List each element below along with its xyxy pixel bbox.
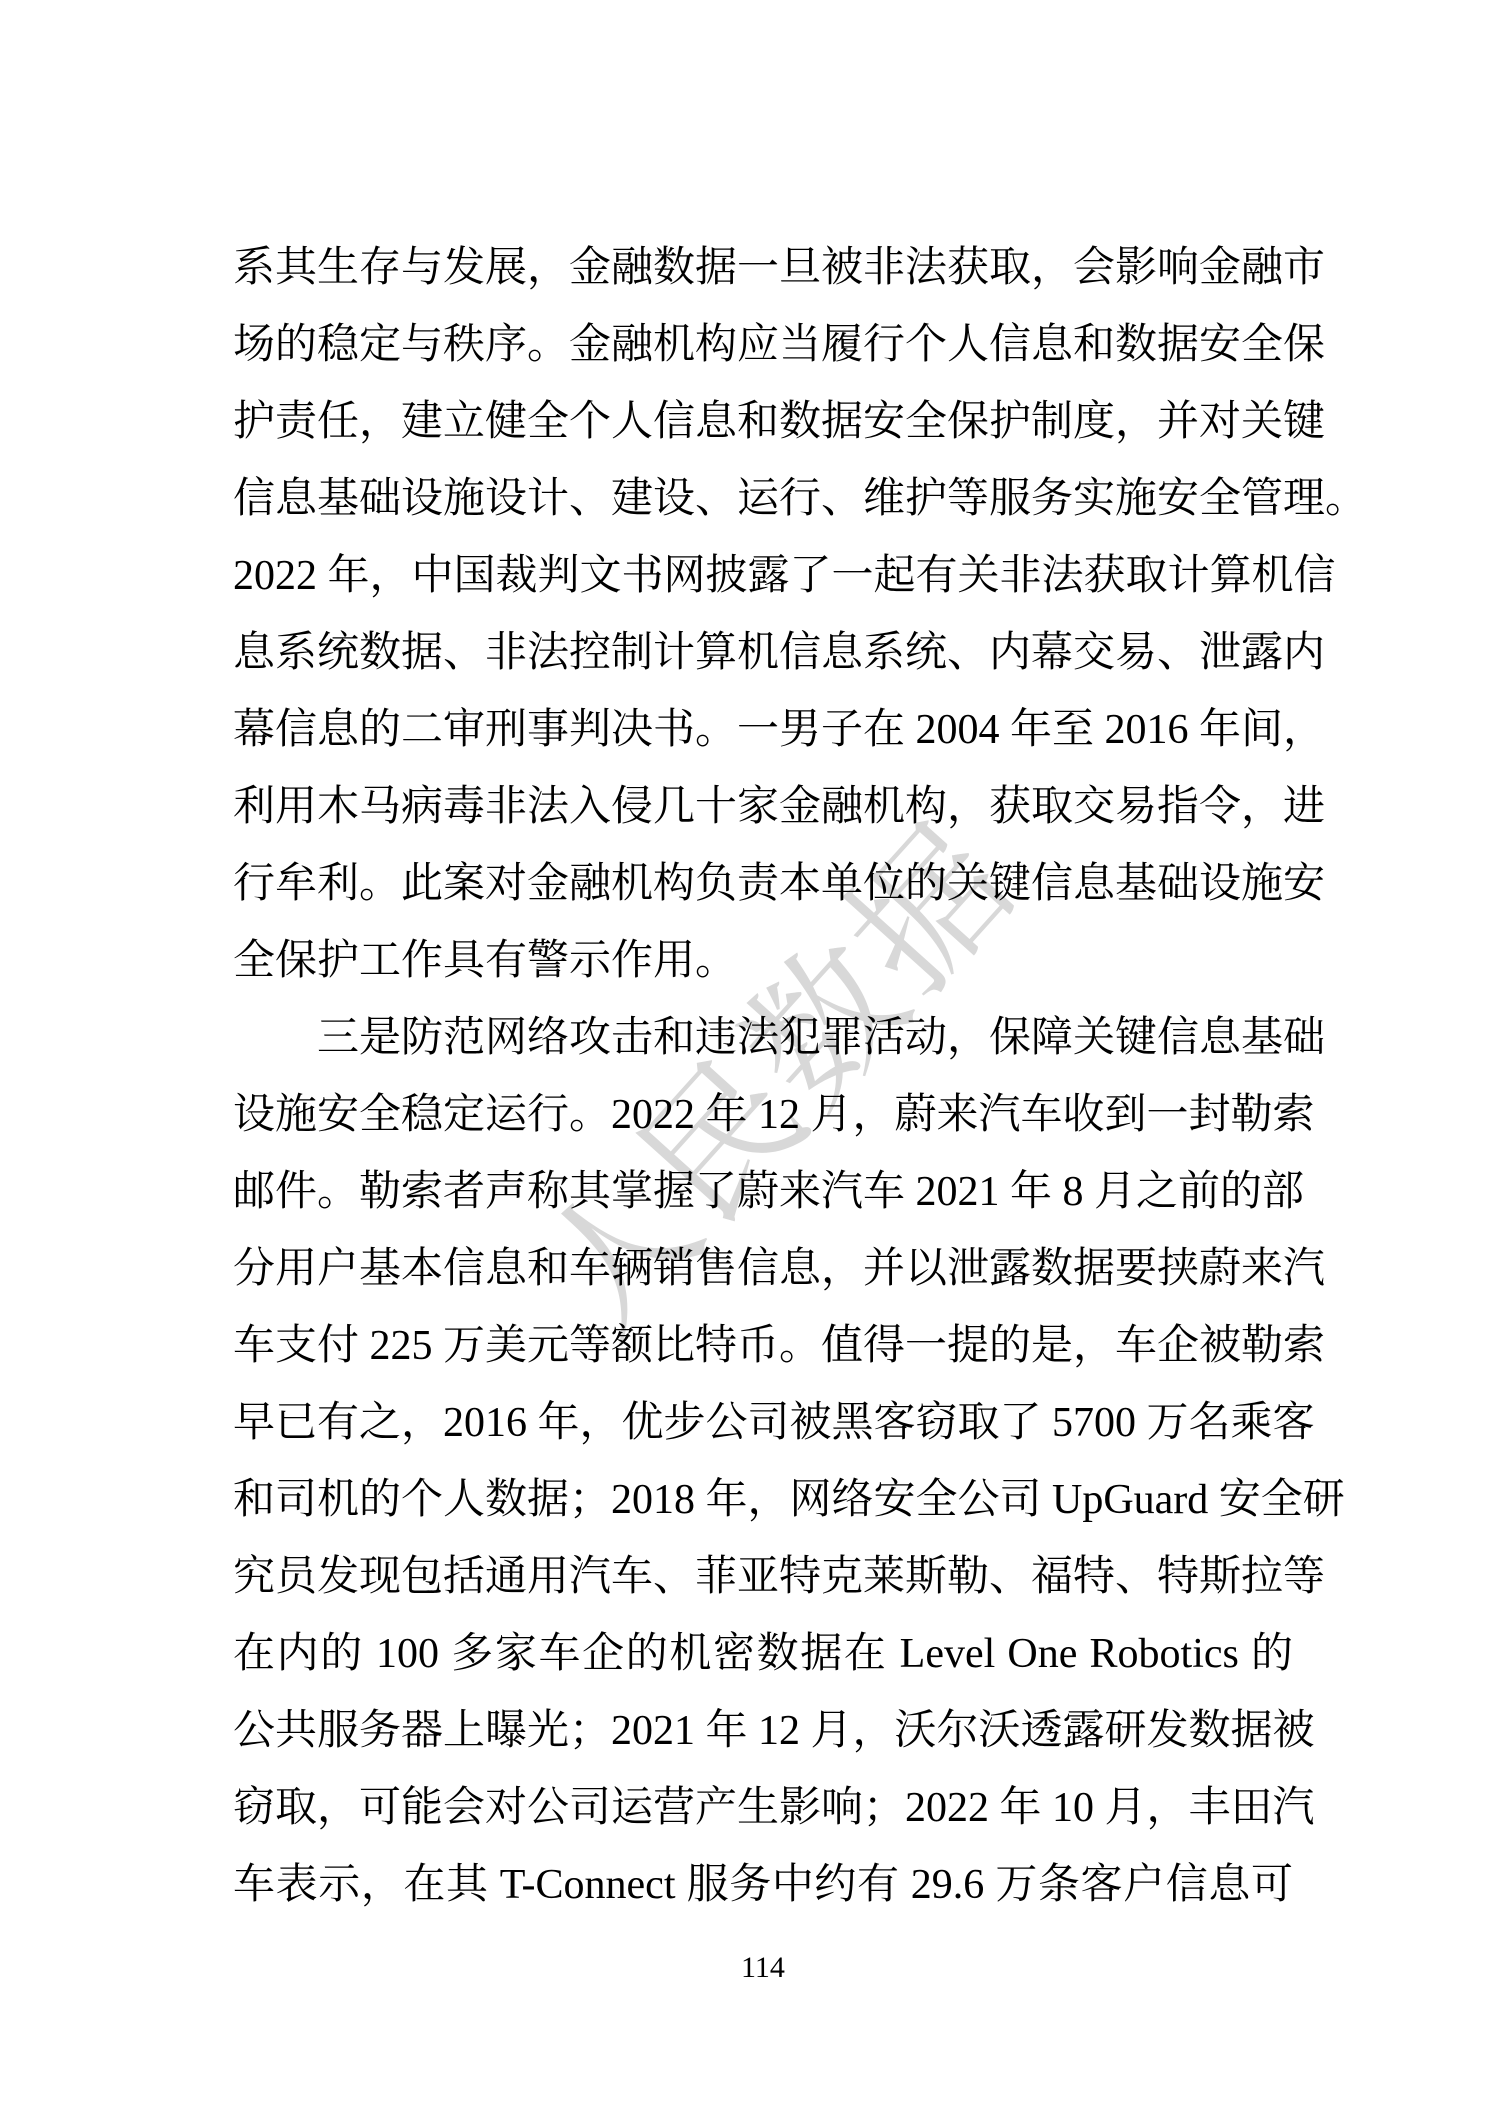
text-line: 利用木马病毒非法入侵几十家金融机构，获取交易指令，进 bbox=[233, 769, 1293, 846]
text-line: 窃取，可能会对公司运营产生影响；2022 年 10 月，丰田汽 bbox=[233, 1770, 1293, 1847]
text-line: 场的稳定与秩序。金融机构应当履行个人信息和数据安全保 bbox=[233, 307, 1293, 384]
text-line: 和司机的个人数据；2018 年，网络安全公司 UpGuard 安全研 bbox=[233, 1462, 1293, 1539]
text-line: 全保护工作具有警示作用。 bbox=[233, 923, 1293, 1000]
text-line: 分用户基本信息和车辆销售信息，并以泄露数据要挟蔚来汽 bbox=[233, 1231, 1293, 1308]
text-line: 设施安全稳定运行。2022 年 12 月，蔚来汽车收到一封勒索 bbox=[233, 1077, 1293, 1154]
text-line: 究员发现包括通用汽车、菲亚特克莱斯勒、福特、特斯拉等 bbox=[233, 1539, 1293, 1616]
page-number: 114 bbox=[233, 1948, 1293, 1988]
text-line: 息系统数据、非法控制计算机信息系统、内幕交易、泄露内 bbox=[233, 615, 1293, 692]
text-line: 系其生存与发展，金融数据一旦被非法获取，会影响金融市 bbox=[233, 230, 1293, 307]
text-line: 2022 年，中国裁判文书网披露了一起有关非法获取计算机信 bbox=[233, 538, 1293, 615]
text-line: 三是防范网络攻击和违法犯罪活动，保障关键信息基础 bbox=[233, 1000, 1293, 1077]
text-line: 行牟利。此案对金融机构负责本单位的关键信息基础设施安 bbox=[233, 846, 1293, 923]
text-line: 车支付 225 万美元等额比特币。值得一提的是，车企被勒索 bbox=[233, 1308, 1293, 1385]
text-line: 幕信息的二审刑事判决书。一男子在 2004 年至 2016 年间， bbox=[233, 692, 1293, 769]
text-line: 信息基础设施设计、建设、运行、维护等服务实施安全管理。 bbox=[233, 461, 1293, 538]
text-line: 公共服务器上曝光；2021 年 12 月，沃尔沃透露研发数据被 bbox=[233, 1693, 1293, 1770]
text-line: 在内的 100 多家车企的机密数据在 Level One Robotics 的 bbox=[233, 1616, 1293, 1693]
document-page: 人民数据 系其生存与发展，金融数据一旦被非法获取，会影响金融市场的稳定与秩序。金… bbox=[0, 0, 1500, 2121]
text-line: 邮件。勒索者声称其掌握了蔚来汽车 2021 年 8 月之前的部 bbox=[233, 1154, 1293, 1231]
body-text: 系其生存与发展，金融数据一旦被非法获取，会影响金融市场的稳定与秩序。金融机构应当… bbox=[233, 230, 1293, 1924]
text-line: 车表示，在其 T-Connect 服务中约有 29.6 万条客户信息可 bbox=[233, 1847, 1293, 1924]
text-line: 早已有之，2016 年，优步公司被黑客窃取了 5700 万名乘客 bbox=[233, 1385, 1293, 1462]
text-line: 护责任，建立健全个人信息和数据安全保护制度，并对关键 bbox=[233, 384, 1293, 461]
